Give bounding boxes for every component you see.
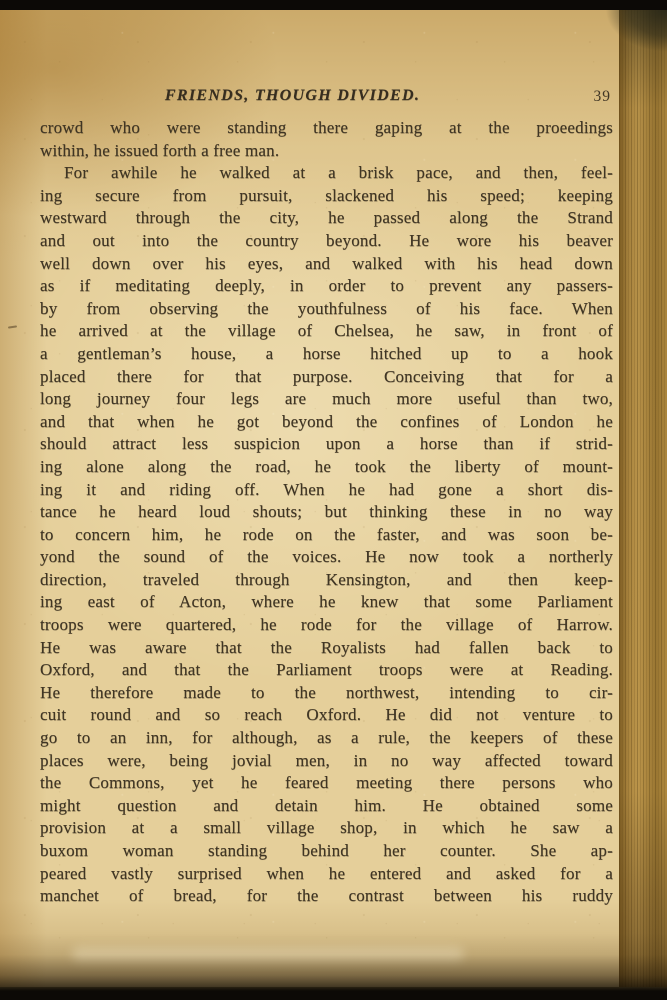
text-line: go to an inn, for although, as a rule, t… (40, 727, 613, 750)
text-line: ing alone along the road, he took the li… (40, 456, 613, 479)
scan-border-bottom (0, 987, 667, 1000)
text-line: long journey four legs are much more use… (40, 388, 613, 411)
text-line: troops were quartered, he rode for the v… (40, 614, 613, 637)
page-number: 39 (594, 88, 612, 106)
text-line: should attract less suspicion upon a hor… (40, 433, 613, 456)
text-line: crowd who were standing there gaping at … (40, 117, 613, 140)
text-line: ing secure from pursuit, slackened his s… (40, 185, 613, 208)
text-line: westward through the city, he passed alo… (40, 207, 613, 230)
text-line: by from observing the youthfulness of hi… (40, 298, 613, 321)
body-text: crowd who were standing there gaping at … (40, 117, 613, 908)
text-line: Oxford, and that the Parliament troops w… (40, 659, 613, 682)
text-line: He therefore made to the northwest, inte… (40, 682, 613, 705)
text-line: might question and detain him. He obtain… (40, 795, 613, 818)
text-line: places were, being jovial men, in no way… (40, 750, 613, 773)
running-header-title: FRIENDS, THOUGH DIVIDED. (165, 87, 420, 105)
text-line: For awhile he walked at a brisk pace, an… (40, 162, 613, 185)
text-line: he arrived at the village of Chelsea, he… (40, 320, 613, 343)
text-line: and out into the country beyond. He wore… (40, 230, 613, 253)
scan-border-top (0, 0, 667, 10)
scanned-book-page: FRIENDS, THOUGH DIVIDED. 39 crowd who we… (0, 0, 667, 1000)
text-line: to concern him, he rode on the faster, a… (40, 524, 613, 547)
text-line: well down over his eyes, and walked with… (40, 253, 613, 276)
text-line: tance he heard loud shouts; but thinking… (40, 501, 613, 524)
text-line: within, he issued forth a free man. (40, 140, 613, 163)
text-line: direction, traveled through Kensington, … (40, 569, 613, 592)
text-line: ing it and riding off. When he had gone … (40, 479, 613, 502)
text-line: the Commons, yet he feared meeting there… (40, 772, 613, 795)
text-line: buxom woman standing behind her counter.… (40, 840, 613, 863)
text-line: a gentleman’s house, a horse hitched up … (40, 343, 613, 366)
text-line: as if meditating deeply, in order to pre… (40, 275, 613, 298)
text-line: ing east of Acton, where he knew that so… (40, 591, 613, 614)
text-line: provision at a small village shop, in wh… (40, 817, 613, 840)
book-fore-edge (619, 10, 667, 987)
text-line: manchet of bread, for the contrast betwe… (40, 885, 613, 908)
page-curl-shadow (0, 933, 667, 987)
corner-shadow (581, 10, 667, 80)
text-line: yond the sound of the voices. He now too… (40, 546, 613, 569)
text-line: and that when he got beyond the confines… (40, 411, 613, 434)
text-line: He was aware that the Royalists had fall… (40, 637, 613, 660)
text-line: placed there for that purpose. Conceivin… (40, 366, 613, 389)
running-header: FRIENDS, THOUGH DIVIDED. 39 (40, 87, 613, 107)
text-line: cuit round and so reach Oxford. He did n… (40, 704, 613, 727)
text-line: peared vastly surprised when he entered … (40, 863, 613, 886)
